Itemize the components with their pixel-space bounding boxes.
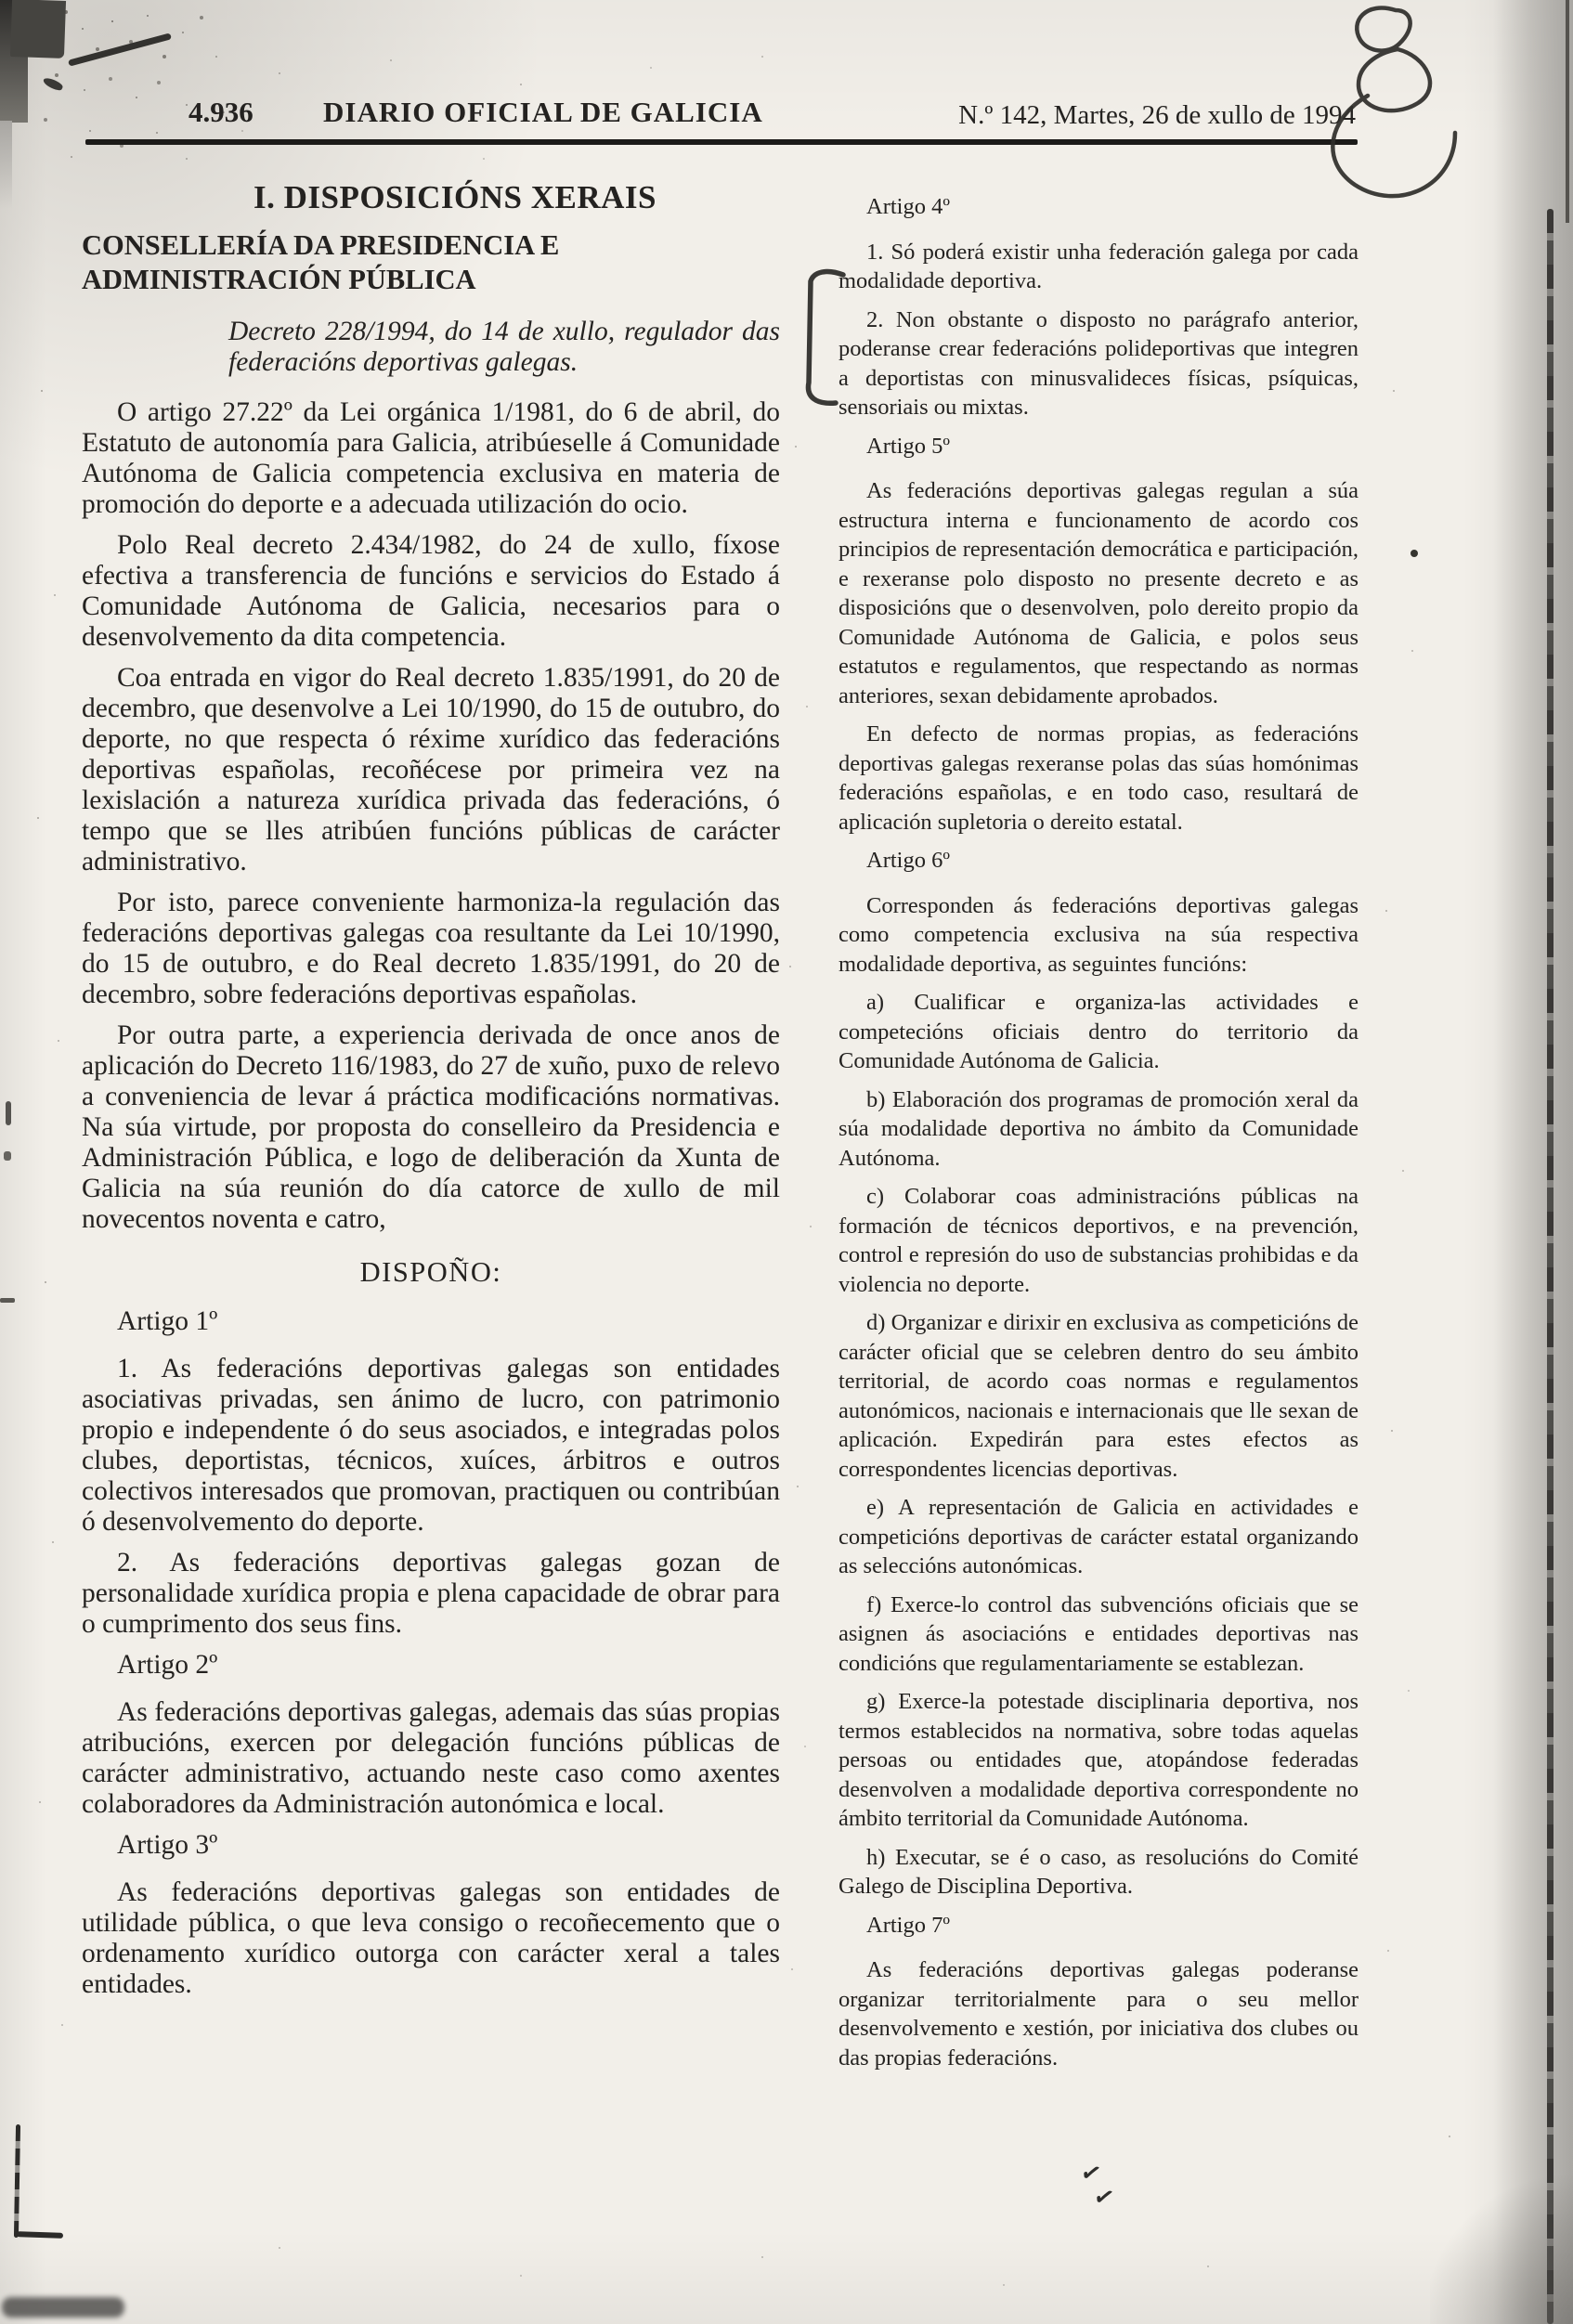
paragraph: 1. Só poderá existir unha federación gal… [838, 238, 1358, 296]
paragraph: 2. As federacións deportivas galegas goz… [82, 1548, 780, 1640]
scan-artifact-right-edge-line-top [1566, 0, 1569, 223]
dispono-heading: DISPOÑO: [82, 1257, 780, 1288]
article-heading-2: Artigo 2º [82, 1650, 780, 1681]
scan-artifact-left-tick-1 [6, 1101, 11, 1125]
page-number: 4.936 [188, 96, 253, 129]
paragraph: Coa entrada en vigor do Real decreto 1.8… [82, 663, 780, 877]
paragraph: Polo Real decreto 2.434/1982, do 24 de x… [82, 530, 780, 653]
paragraph: As federacións deportivas galegas son en… [82, 1877, 780, 2000]
handwritten-bracket-mark [799, 266, 849, 414]
paragraph: h) Executar, se é o caso, as resolucións… [838, 1843, 1358, 1902]
paragraph: As federacións deportivas galegas podera… [838, 1955, 1358, 2072]
article-heading-6: Artigo 6º [838, 846, 1358, 876]
department-line-2: ADMINISTRACIÓN PÚBLICA [82, 263, 780, 297]
left-column: I. DISPOSICIÓNS XERAIS CONSELLERÍA DA PR… [82, 182, 780, 2010]
scan-artifact-left-tick-2 [4, 1151, 11, 1161]
paragraph: e) A representación de Galicia en activi… [838, 1493, 1358, 1581]
article-heading-5: Artigo 5º [838, 432, 1358, 461]
scan-artifact-hook [42, 76, 64, 92]
article-heading-1: Artigo 1º [82, 1306, 780, 1337]
paragraph: b) Elaboración dos programas de promoció… [838, 1085, 1358, 1174]
scan-artifact-diagonal-stroke [68, 32, 172, 66]
paragraph: c) Colaborar coas administracións públic… [838, 1182, 1358, 1299]
paragraph: As federacións deportivas galegas, adema… [82, 1697, 780, 1820]
paragraph: a) Cualificar e organiza-las actividades… [838, 988, 1358, 1076]
right-column: Artigo 4º 1. Só poderá existir unha fede… [838, 184, 1358, 2082]
paragraph: g) Exerce-la potestade disciplinaria dep… [838, 1687, 1358, 1834]
handwritten-number-8-mark [1258, 0, 1565, 218]
scan-artifact-bottom-right-shade [1430, 2163, 1573, 2324]
paragraph: f) Exerce-lo control das subvencións ofi… [838, 1590, 1358, 1679]
journal-title: DIARIO OFICIAL DE GALICIA [323, 96, 763, 129]
scan-artifact-bottom-left-mark-v [14, 2124, 20, 2238]
scan-artifact-bottom-smudge [2, 2297, 124, 2318]
scan-artifact-right-edge [1493, 0, 1573, 2324]
paragraph: As federacións deportivas galegas regula… [838, 476, 1358, 710]
article-heading-7: Artigo 7º [838, 1911, 1358, 1941]
article-heading-3: Artigo 3º [82, 1830, 780, 1861]
department-name: CONSELLERÍA DA PRESIDENCIA E ADMINISTRAC… [82, 228, 780, 297]
paragraph: O artigo 27.22º da Lei orgánica 1/1981, … [82, 397, 780, 520]
section-title: I. DISPOSICIÓNS XERAIS [106, 182, 804, 213]
department-line-1: CONSELLERÍA DA PRESIDENCIA E [82, 228, 780, 263]
scan-artifact-corner-shade [0, 121, 12, 209]
scan-artifact-corner-block [10, 0, 66, 58]
paragraph: Corresponden ás federacións deportivas g… [838, 891, 1358, 980]
decree-title: Decreto 228/1994, do 14 de xullo, regula… [228, 317, 780, 378]
paragraph: 1. As federacións deportivas galegas son… [82, 1354, 780, 1538]
scan-artifact-right-edge-line [1547, 209, 1553, 2324]
paragraph: d) Organizar e dirixir en exclusiva as c… [838, 1308, 1358, 1484]
scan-artifact-left-tick-3 [0, 1298, 15, 1303]
scan-artifact-ink-dot [1410, 550, 1418, 557]
paragraph: En defecto de normas propias, as federac… [838, 720, 1358, 837]
scanned-gazette-page: ✓ ✓ 4.936 DIARIO OFICIAL DE GALICIA N.º … [0, 0, 1573, 2324]
paragraph: 2. Non obstante o disposto no parágrafo … [838, 305, 1358, 422]
paragraph: Por isto, parece conveniente harmoniza-l… [82, 888, 780, 1010]
scan-artifact-bottom-left-mark-h [17, 2231, 63, 2239]
header-rule [85, 139, 1358, 145]
paragraph: Por outra parte, a experiencia derivada … [82, 1020, 780, 1235]
